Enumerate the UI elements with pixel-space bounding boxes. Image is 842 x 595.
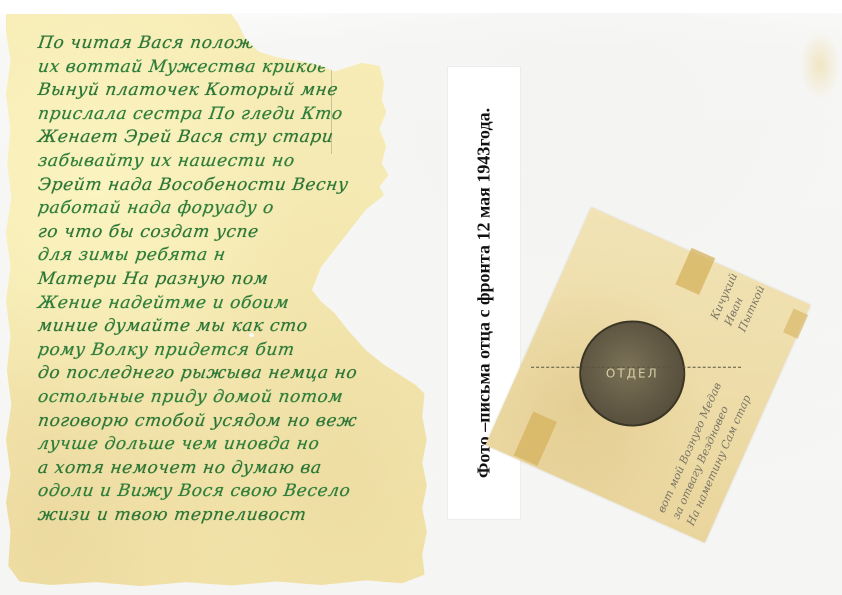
- caption-title: Фото –письма отца с фронта 12 мая 1943го…: [474, 108, 495, 478]
- tape-strip: [675, 248, 715, 295]
- letter-line: а хотя немочет но думаю ва: [36, 457, 459, 481]
- dashed-line: [531, 367, 741, 368]
- letter-line: лучше дольше чем иновда но: [36, 433, 459, 457]
- paper-smudge: [800, 30, 840, 100]
- scan-top-margin: [0, 0, 842, 13]
- tape-strip: [514, 411, 557, 465]
- letter-line: одоли и Вижу Вося свою Весело: [36, 480, 459, 504]
- letter-line: остольные приду домой потом: [36, 386, 459, 410]
- stamp-text: ОТДЕЛ: [606, 366, 659, 380]
- letter-line: поговорю стобой усядом но веж: [36, 410, 459, 434]
- letter-line: жизи и твою терпеливост: [36, 504, 459, 528]
- medal-stamp-icon: ОТДЕЛ: [579, 320, 685, 426]
